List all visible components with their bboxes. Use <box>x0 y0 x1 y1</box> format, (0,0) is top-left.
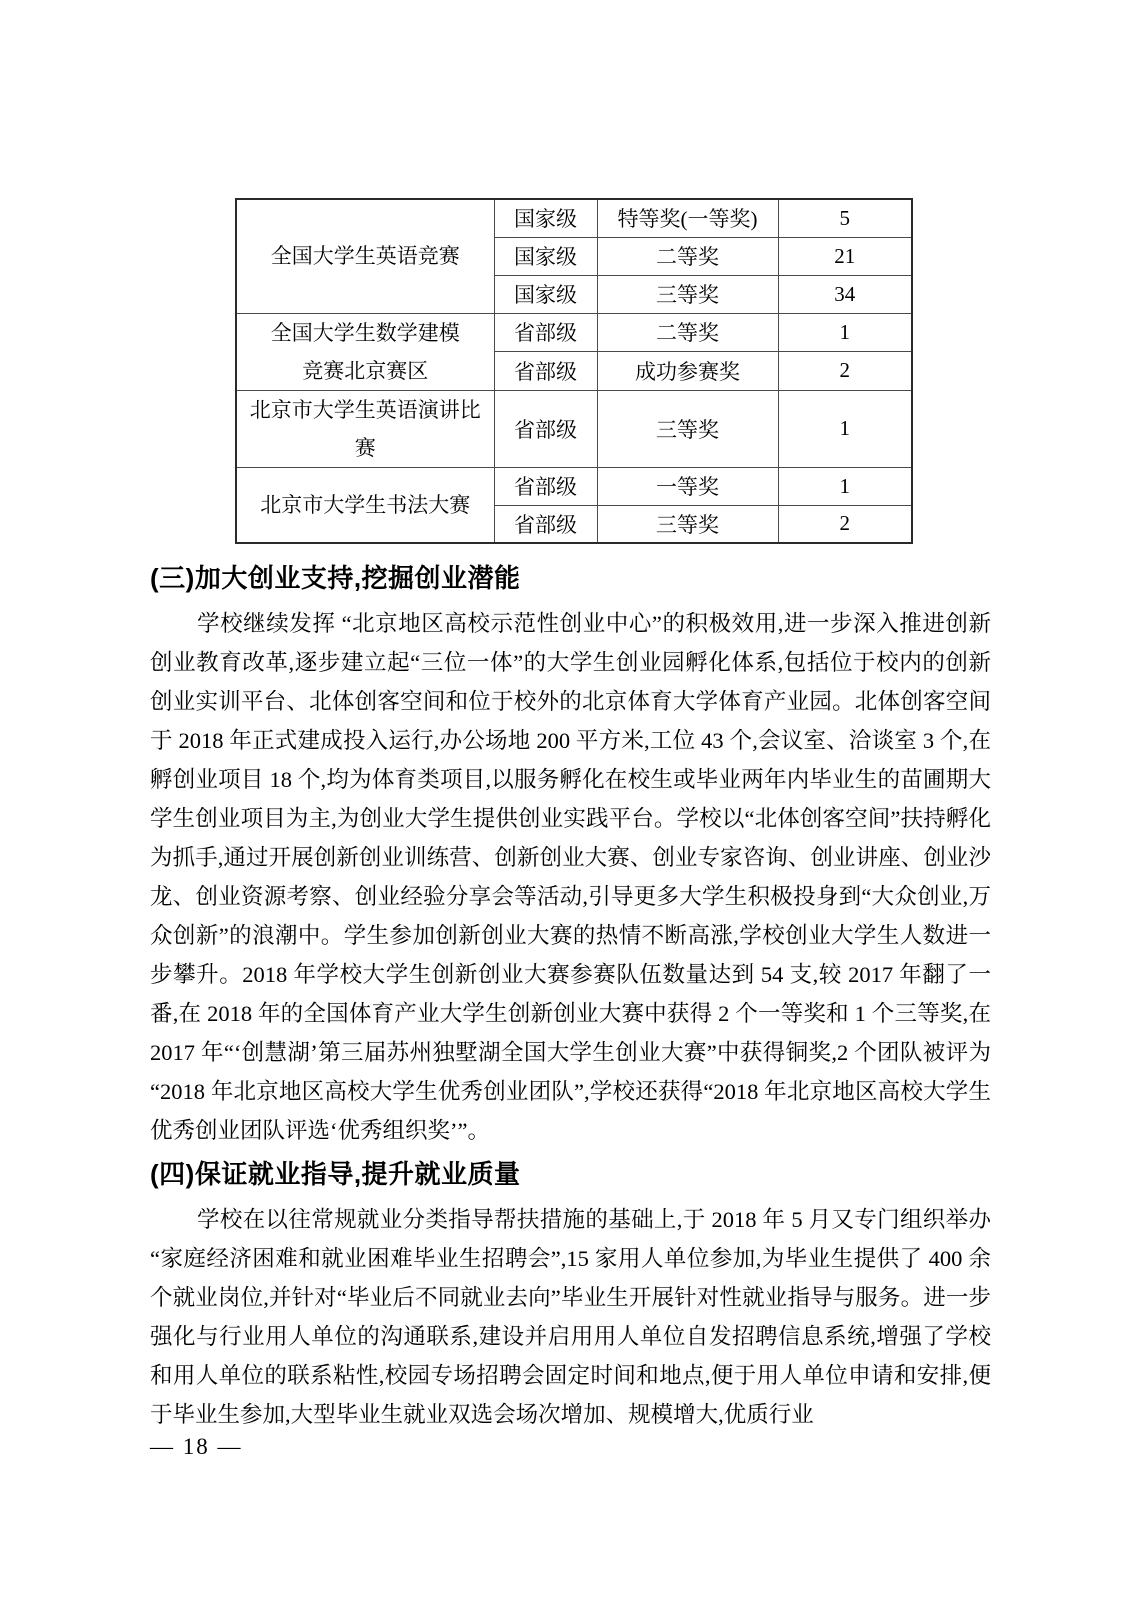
level-cell: 省部级 <box>494 390 597 467</box>
awards-table: 全国大学生英语竞赛 国家级 特等奖(一等奖) 5 国家级 二等奖 21 国家级 … <box>235 198 913 544</box>
award-cell: 三等奖 <box>597 390 778 467</box>
level-cell: 省部级 <box>494 313 597 352</box>
award-cell: 二等奖 <box>597 237 778 275</box>
count-cell: 1 <box>778 313 912 352</box>
competition-name-cell: 北京市大学生英语演讲比赛 <box>236 390 494 467</box>
section-heading-4: (四)保证就业指导,提升就业质量 <box>150 1157 991 1191</box>
table-row: 全国大学生数学建模 竞赛北京赛区 省部级 二等奖 1 <box>236 313 912 352</box>
page-number: — 18 — <box>150 1434 243 1460</box>
count-cell: 34 <box>778 275 912 313</box>
award-cell: 三等奖 <box>597 275 778 313</box>
level-cell: 国家级 <box>494 199 597 237</box>
table-row: 北京市大学生书法大赛 省部级 一等奖 1 <box>236 467 912 505</box>
section-heading-3: (三)加大创业支持,挖掘创业潜能 <box>150 561 991 595</box>
level-cell: 国家级 <box>494 275 597 313</box>
competition-name-cell: 全国大学生英语竞赛 <box>236 199 494 313</box>
award-cell: 特等奖(一等奖) <box>597 199 778 237</box>
award-cell: 一等奖 <box>597 467 778 505</box>
table-row: 全国大学生英语竞赛 国家级 特等奖(一等奖) 5 <box>236 199 912 237</box>
award-cell: 二等奖 <box>597 313 778 352</box>
competition-name-cell: 北京市大学生书法大赛 <box>236 467 494 543</box>
award-cell: 三等奖 <box>597 505 778 543</box>
section-4-paragraph: 学校在以往常规就业分类指导帮扶措施的基础上,于 2018 年 5 月又专门组织举… <box>150 1200 991 1434</box>
count-cell: 2 <box>778 505 912 543</box>
level-cell: 省部级 <box>494 467 597 505</box>
count-cell: 21 <box>778 237 912 275</box>
competition-name-cell: 全国大学生数学建模 竞赛北京赛区 <box>236 313 494 390</box>
section-3-paragraph: 学校继续发挥 “北京地区高校示范性创业中心”的积极效用,进一步深入推进创新创业教… <box>150 604 991 1150</box>
count-cell: 1 <box>778 390 912 467</box>
page-content: 全国大学生英语竞赛 国家级 特等奖(一等奖) 5 国家级 二等奖 21 国家级 … <box>150 0 991 1434</box>
level-cell: 国家级 <box>494 237 597 275</box>
count-cell: 2 <box>778 352 912 391</box>
document-page: 全国大学生英语竞赛 国家级 特等奖(一等奖) 5 国家级 二等奖 21 国家级 … <box>0 0 1131 1600</box>
table-row: 北京市大学生英语演讲比赛 省部级 三等奖 1 <box>236 390 912 467</box>
level-cell: 省部级 <box>494 505 597 543</box>
count-cell: 5 <box>778 199 912 237</box>
level-cell: 省部级 <box>494 352 597 391</box>
count-cell: 1 <box>778 467 912 505</box>
award-cell: 成功参赛奖 <box>597 352 778 391</box>
